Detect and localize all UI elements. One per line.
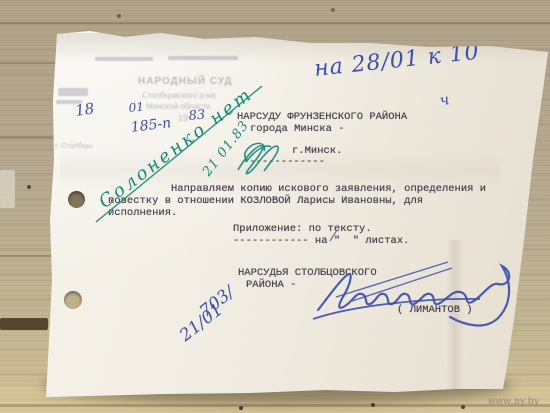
body-line: исполнения. xyxy=(108,207,177,219)
wood-plank-seam xyxy=(0,22,550,24)
body-line: повестку в отношении КОЗЛОВОЙ Ларисы Ива… xyxy=(108,195,423,207)
addressee-underline: ------------- xyxy=(243,156,325,168)
reg-day-handwritten: 18 xyxy=(74,99,95,119)
hearing-note-unit-handwritten: ч xyxy=(438,90,451,110)
addressee-line: города Минска - xyxy=(250,123,345,135)
wood-plank-gap xyxy=(0,318,48,330)
wood-plank-seam xyxy=(0,404,550,407)
letterhead-district: Столбцовского р-на xyxy=(142,91,215,100)
photo-of-document: НАРОДНЫЙ СУД Столбцовского р-на Минской … xyxy=(0,0,550,413)
wood-plank-seam xyxy=(0,136,56,139)
watermark: www.ay.by xyxy=(488,396,540,407)
signature-name: ( ЛИМАНТОВ ) xyxy=(397,304,473,316)
letterhead-court-name: НАРОДНЫЙ СУД xyxy=(138,76,233,87)
punch-hole-bottom xyxy=(64,291,82,309)
reg-number-handwritten: 185-п xyxy=(130,115,172,136)
wood-plank-end xyxy=(0,170,15,208)
letterhead-illegible-print xyxy=(168,56,238,60)
letterhead-year-prefix: 19 xyxy=(178,113,188,123)
wood-specks xyxy=(0,0,2,2)
attachment-line: Приложение: по тексту. xyxy=(233,223,372,235)
wood-plank-seam xyxy=(0,255,52,257)
signoff-line: РАЙОНА - xyxy=(246,279,296,291)
attachment-line: ------------ на " " листах. xyxy=(233,235,409,247)
reg-month-handwritten: 01 xyxy=(128,100,144,115)
signoff-line: НАРСУДЬЯ СТОЛБЦОВСКОГО xyxy=(238,267,377,279)
addressee-line: НАРСУДУ ФРУНЗЕНСКОГО РАЙОНА xyxy=(237,111,407,123)
body-line: Направляем копию искового заявления, опр… xyxy=(171,183,486,195)
letterhead-city: г. Столбцы xyxy=(55,141,92,150)
letterhead-illegible-print xyxy=(95,57,153,61)
letterhead-illegible-print xyxy=(58,88,88,96)
punch-hole-top xyxy=(68,191,85,208)
paper-sheet: НАРОДНЫЙ СУД Столбцовского р-на Минской … xyxy=(0,0,550,413)
wood-plank-seam xyxy=(0,62,60,64)
